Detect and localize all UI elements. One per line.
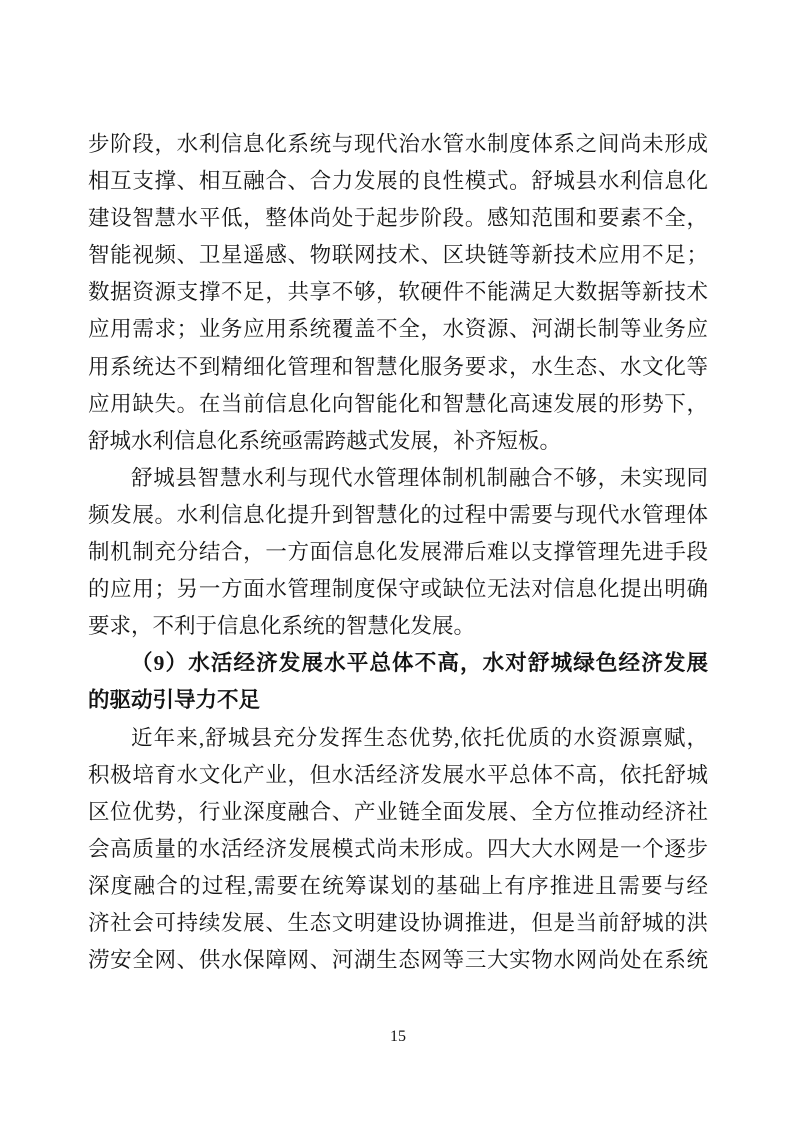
text-line: 济社会可持续发展、生态文明建设协调推进，但是当前舒城的洪 bbox=[88, 905, 708, 942]
text-line: 积极培育水文化产业，但水活经济发展水平总体不高，依托舒城 bbox=[88, 757, 708, 794]
section-heading-line: 的驱动引导力不足 bbox=[88, 682, 708, 719]
text-line: 深度融合的过程,需要在统筹谋划的基础上有序推进且需要与经 bbox=[88, 868, 708, 905]
text-line: 的应用；另一方面水管理制度保守或缺位无法对信息化提出明确 bbox=[88, 571, 708, 608]
text-line: 制机制充分结合，一方面信息化发展滞后难以支撑管理先进手段 bbox=[88, 534, 708, 571]
text-line: 相互支撑、相互融合、合力发展的良性模式。舒城县水利信息化 bbox=[88, 163, 708, 200]
text-line: 舒城县智慧水利与现代水管理体制机制融合不够，未实现同 bbox=[88, 460, 708, 497]
text-line: 近年来,舒城县充分发挥生态优势,依托优质的水资源禀赋， bbox=[88, 720, 708, 757]
text-line: 要求，不利于信息化系统的智慧化发展。 bbox=[88, 608, 708, 645]
text-line: 智能视频、卫星遥感、物联网技术、区块链等新技术应用不足； bbox=[88, 237, 708, 274]
text-line: 涝安全网、供水保障网、河湖生态网等三大实物水网尚处在系统 bbox=[88, 942, 708, 979]
text-line: 频发展。水利信息化提升到智慧化的过程中需要与现代水管理体 bbox=[88, 497, 708, 534]
text-line: 建设智慧水平低，整体尚处于起步阶段。感知范围和要素不全， bbox=[88, 200, 708, 237]
text-line: 用系统达不到精细化管理和智慧化服务要求，水生态、水文化等 bbox=[88, 349, 708, 386]
page-number: 15 bbox=[88, 1028, 708, 1046]
text-line: 数据资源支撑不足，共享不够，软硬件不能满足大数据等新技术 bbox=[88, 274, 708, 311]
section-heading-line: （9）水活经济发展水平总体不高，水对舒城绿色经济发展 bbox=[88, 645, 708, 682]
text-line: 区位优势，行业深度融合、产业链全面发展、全方位推动经济社 bbox=[88, 794, 708, 831]
text-line: 会高质量的水活经济发展模式尚未形成。四大大水网是一个逐步 bbox=[88, 831, 708, 868]
document-body: 步阶段，水利信息化系统与现代治水管水制度体系之间尚未形成 相互支撑、相互融合、合… bbox=[88, 126, 708, 979]
text-line: 应用需求；业务应用系统覆盖不全，水资源、河湖长制等业务应 bbox=[88, 311, 708, 348]
text-line: 应用缺失。在当前信息化向智能化和智慧化高速发展的形势下， bbox=[88, 386, 708, 423]
text-line: 舒城水利信息化系统亟需跨越式发展，补齐短板。 bbox=[88, 423, 708, 460]
document-page: 步阶段，水利信息化系统与现代治水管水制度体系之间尚未形成 相互支撑、相互融合、合… bbox=[0, 0, 794, 1122]
text-line: 步阶段，水利信息化系统与现代治水管水制度体系之间尚未形成 bbox=[88, 126, 708, 163]
